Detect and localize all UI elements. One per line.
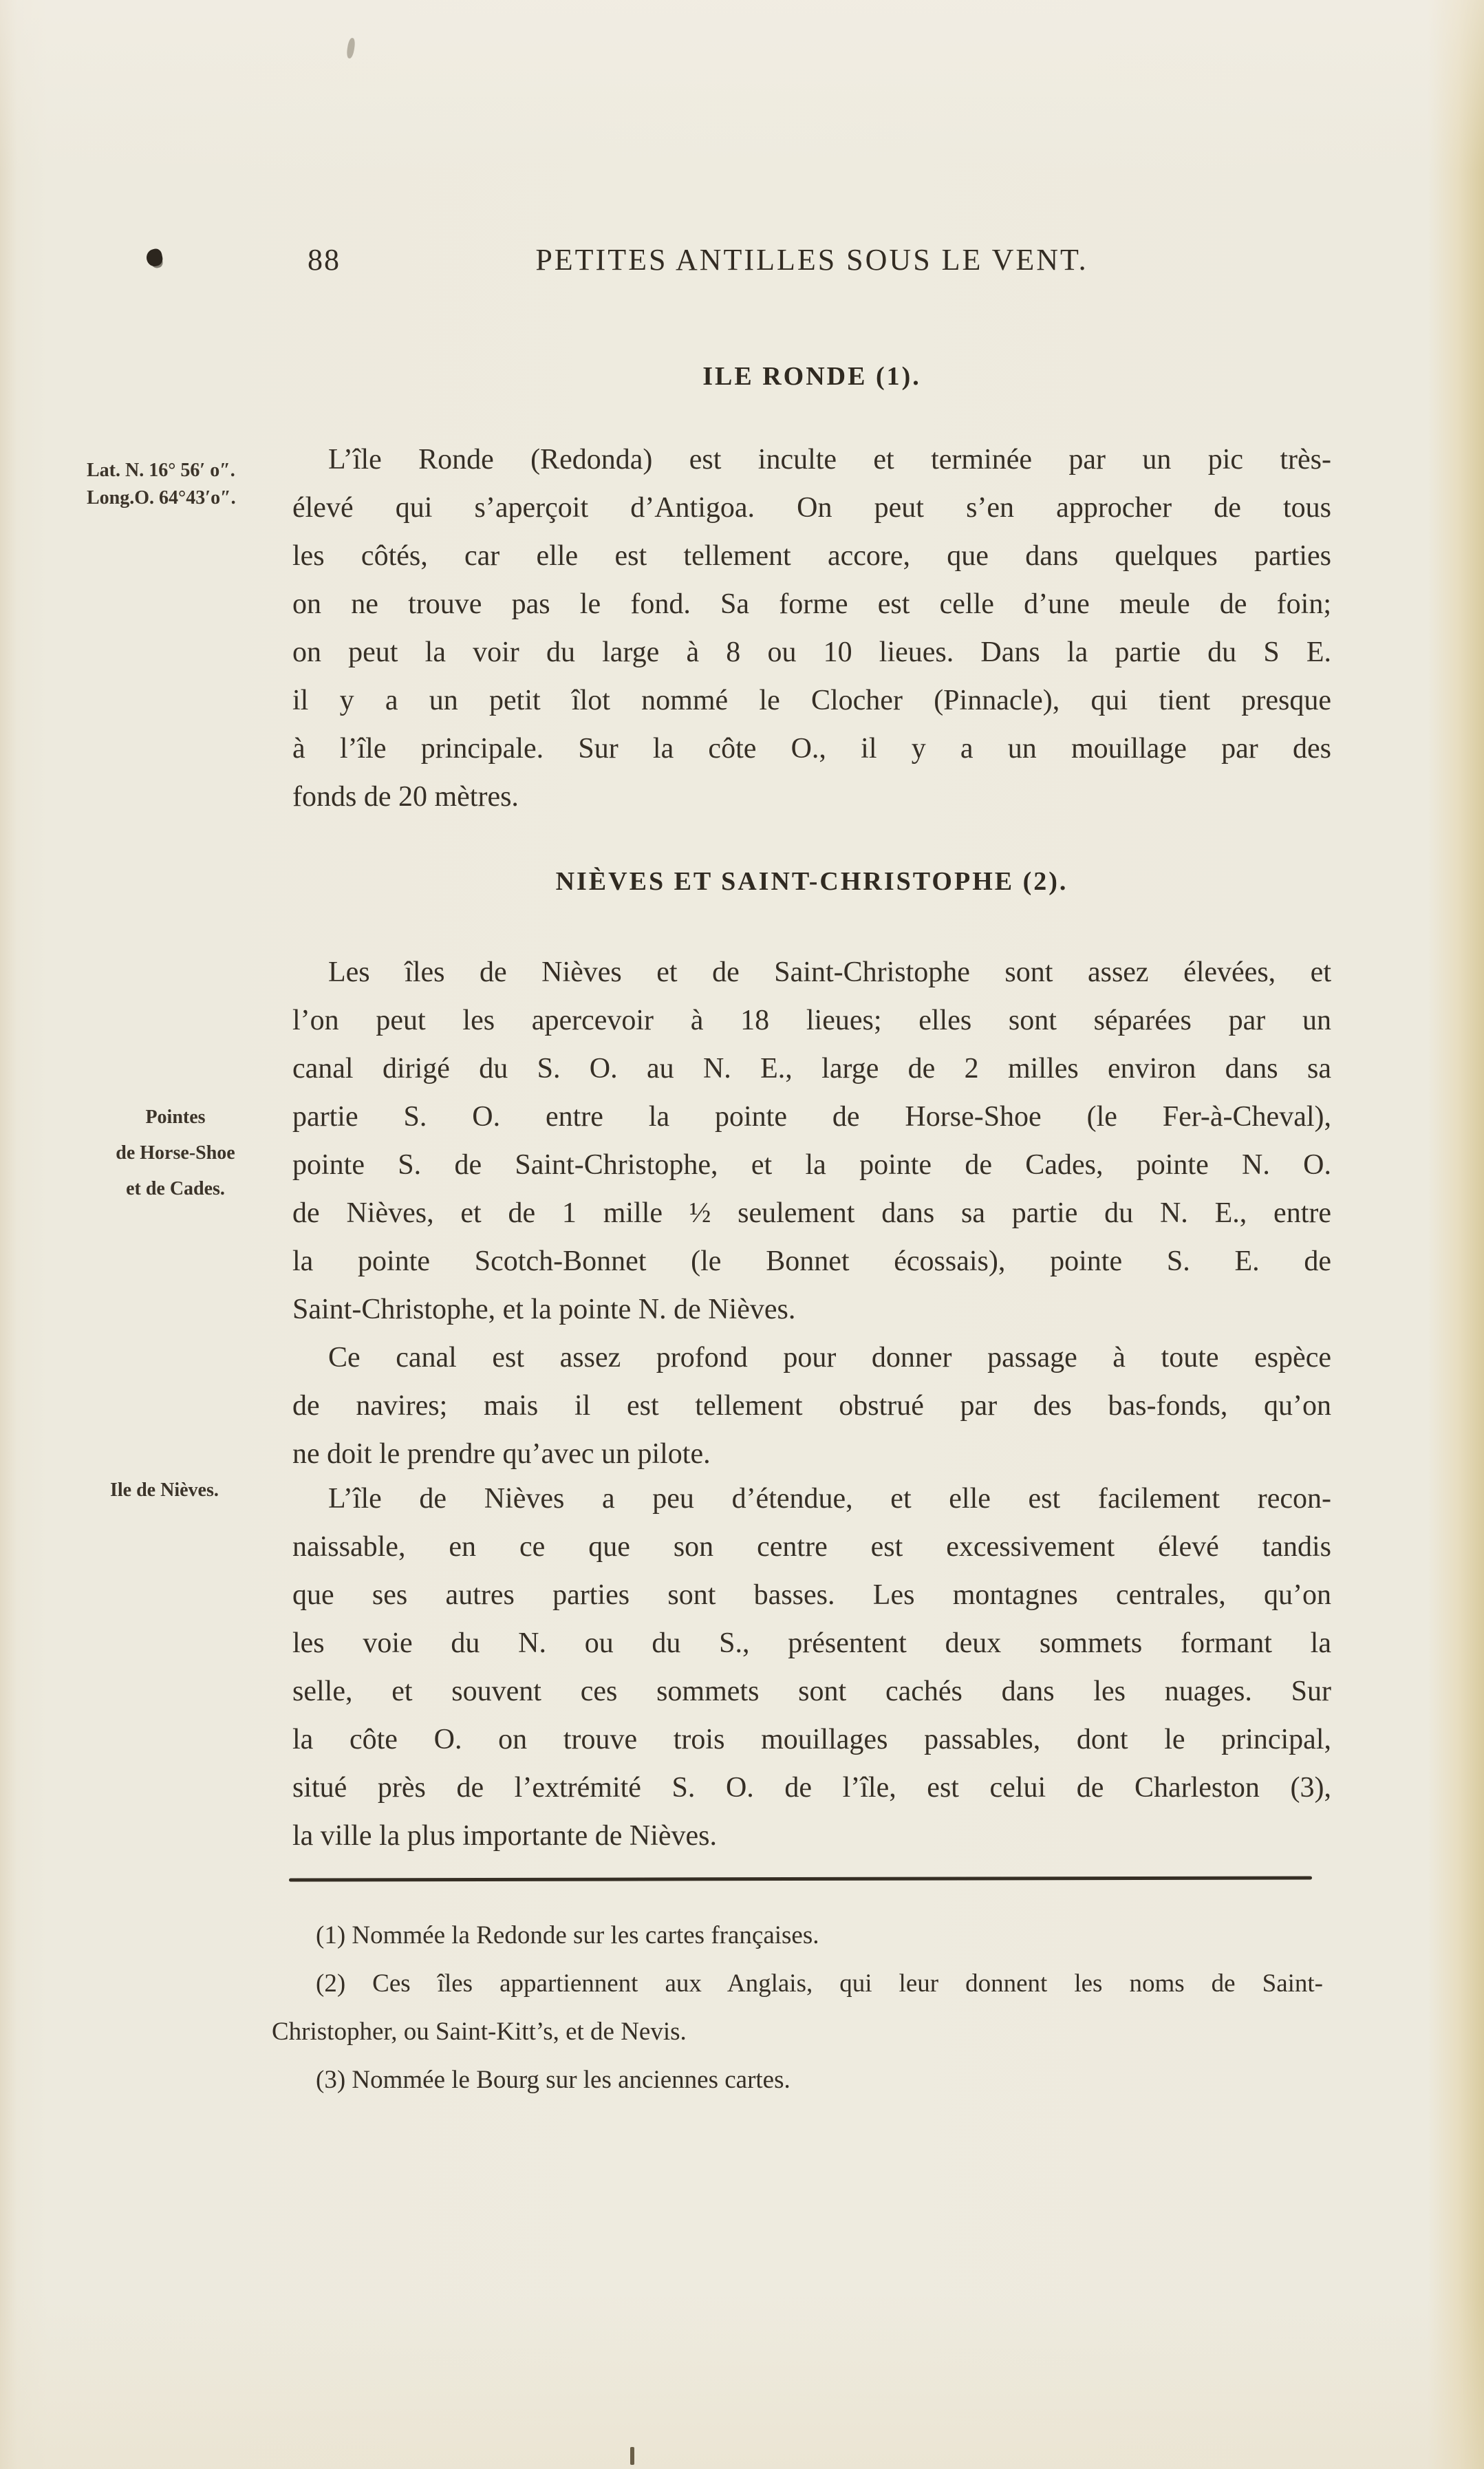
footnote-line: (1) Nommée la Redonde sur les cartes fra… xyxy=(272,1912,1323,1960)
margin-note-line: Pointes xyxy=(81,1100,270,1135)
section-heading-nieves: NIÈVES ET SAINT-CHRISTOPHE (2). xyxy=(292,864,1331,899)
text-line: situé près de l’extrémité S. O. de l’île… xyxy=(292,1764,1331,1812)
text-line: Les îles de Nièves et de Saint-Christoph… xyxy=(292,948,1331,996)
margin-note-line: Lat. N. 16° 56′ o″. xyxy=(87,457,236,484)
text-line: la pointe Scotch-Bonnet (le Bonnet écoss… xyxy=(292,1237,1331,1285)
text-line: on ne trouve pas le fond. Sa forme est c… xyxy=(292,580,1331,628)
ink-speck xyxy=(630,2447,634,2465)
footnote-line: Christopher, ou Saint-Kitt’s, et de Nevi… xyxy=(272,2008,1323,2056)
paragraph-pilote: Ce canal est assez profond pour donner p… xyxy=(292,1334,1331,1478)
text-line: l’on peut les apercevoir à 18 lieues; el… xyxy=(292,996,1331,1045)
text-line: fonds de 20 mètres. xyxy=(292,773,1331,821)
footnotes: (1) Nommée la Redonde sur les cartes fra… xyxy=(272,1912,1323,2104)
running-title: PETITES ANTILLES SOUS LE VENT. xyxy=(292,242,1331,278)
text-line: les voie du N. ou du S., présentent deux… xyxy=(292,1619,1331,1667)
text-line: pointe S. de Saint-Christophe, et la poi… xyxy=(292,1141,1331,1189)
text-line: L’île Ronde (Redonda) est inculte et ter… xyxy=(292,436,1331,484)
paragraph-ile-nieves: L’île de Nièves a peu d’étendue, et elle… xyxy=(292,1475,1331,1860)
text-line: les côtés, car elle est tellement accore… xyxy=(292,532,1331,580)
margin-note-line: et de Cades. xyxy=(81,1171,270,1207)
text-line: de Nièves, et de 1 mille ½ seulement dan… xyxy=(292,1189,1331,1237)
text-line: L’île de Nièves a peu d’étendue, et elle… xyxy=(292,1475,1331,1523)
text-line: canal dirigé du S. O. au N. E., large de… xyxy=(292,1045,1331,1093)
text-line: naissable, en ce que son centre est exce… xyxy=(292,1523,1331,1571)
footnote-line: (2) Ces îles appartiennent aux Anglais, … xyxy=(272,1960,1323,2008)
footnote-line: (3) Nommée le Bourg sur les anciennes ca… xyxy=(272,2056,1323,2104)
text-line: selle, et souvent ces sommets sont caché… xyxy=(292,1667,1331,1716)
paragraph-canal: Les îles de Nièves et de Saint-Christoph… xyxy=(292,948,1331,1334)
margin-note-ile-nieves: Ile de Nièves. xyxy=(110,1477,219,1504)
book-page: 88 PETITES ANTILLES SOUS LE VENT. ILE RO… xyxy=(0,0,1484,2469)
section-heading-ile-ronde: ILE RONDE (1). xyxy=(292,359,1331,394)
text-line: partie S. O. entre la pointe de Horse-Sh… xyxy=(292,1093,1331,1141)
text-line: la côte O. on trouve trois mouillages pa… xyxy=(292,1716,1331,1764)
text-line: que ses autres parties sont basses. Les … xyxy=(292,1571,1331,1619)
margin-note-coordinates: Lat. N. 16° 56′ o″. Long.O. 64°43′o″. xyxy=(87,457,236,512)
paragraph-ile-ronde: L’île Ronde (Redonda) est inculte et ter… xyxy=(292,436,1331,821)
text-line: de navires; mais il est tellement obstru… xyxy=(292,1382,1331,1430)
text-line: la ville la plus importante de Nièves. xyxy=(292,1812,1331,1860)
ink-speck xyxy=(346,37,356,58)
text-line: il y a un petit îlot nommé le Clocher (P… xyxy=(292,676,1331,725)
text-line: élevé qui s’aperçoit d’Antigoa. On peut … xyxy=(292,484,1331,532)
text-line: Ce canal est assez profond pour donner p… xyxy=(292,1334,1331,1382)
footnote-separator xyxy=(289,1876,1312,1881)
text-line: à l’île principale. Sur la côte O., il y… xyxy=(292,725,1331,773)
text-line: on peut la voir du large à 8 ou 10 lieue… xyxy=(292,628,1331,676)
margin-note-line: Ile de Nièves. xyxy=(110,1477,219,1504)
text-line: ne doit le prendre qu’avec un pilote. xyxy=(292,1430,1331,1478)
margin-note-line: de Horse-Shoe xyxy=(81,1135,270,1171)
ink-spot xyxy=(145,248,164,268)
margin-note-pointes: Pointes de Horse-Shoe et de Cades. xyxy=(81,1100,270,1207)
margin-note-line: Long.O. 64°43′o″. xyxy=(87,484,236,512)
text-line: Saint-Christophe, et la pointe N. de Niè… xyxy=(292,1285,1331,1334)
